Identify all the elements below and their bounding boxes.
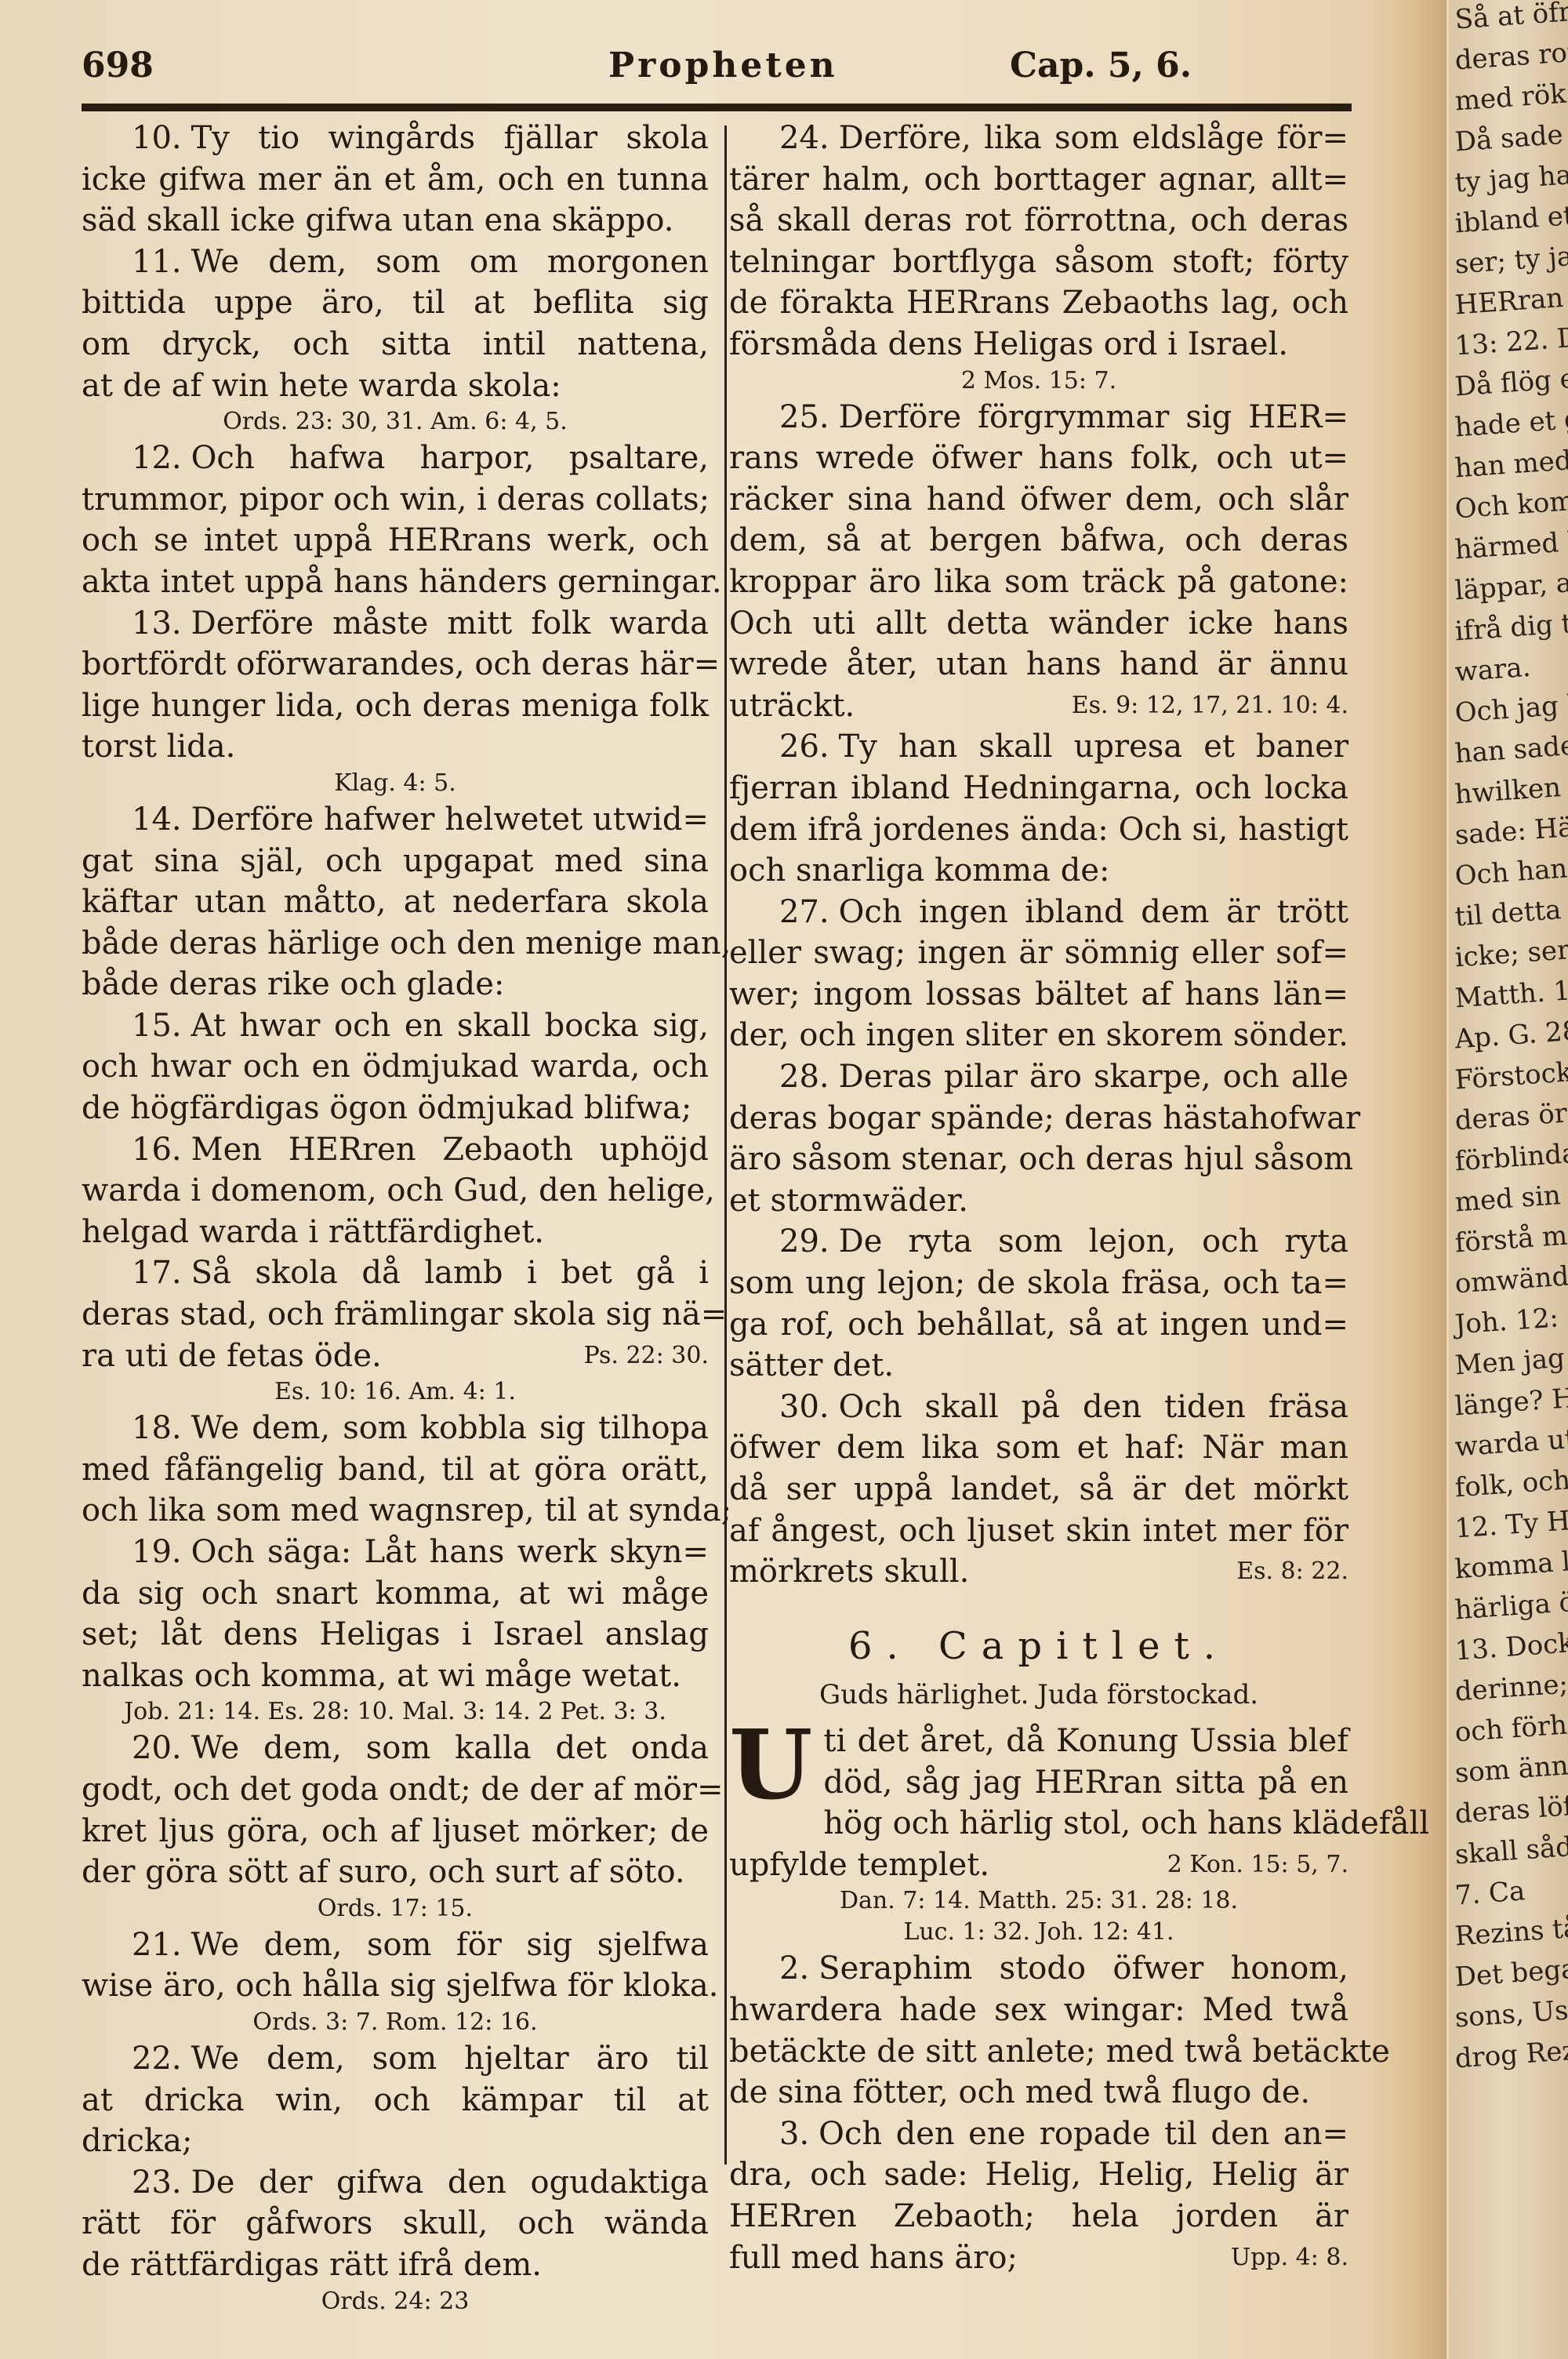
- verse-number: 23.: [132, 2165, 182, 2201]
- verse-line: kroppar äro lika som träck på gatone:: [729, 562, 1348, 603]
- verse-line: 3.Och den ene ropade til den an=: [729, 2114, 1348, 2155]
- verse-text: Ty han skall upresa et baner: [839, 729, 1348, 765]
- cross-reference: Es. 10: 16. Am. 4: 1.: [82, 1376, 709, 1408]
- verse: 12.Och hafwa harpor, psaltare,trummor, p…: [82, 438, 709, 602]
- verse-line: Och uti allt detta wänder icke hans: [729, 603, 1348, 645]
- verse: 10.Ty tio wingårds fjällar skolaicke gif…: [82, 118, 709, 242]
- verse: 16.Men HERren Zebaoth uphöjdwarda i dome…: [82, 1129, 709, 1253]
- verse-line: både deras rike och glade:: [82, 964, 709, 1005]
- verse-number: 10.: [132, 120, 182, 156]
- verse-text: Ty tio wingårds fjällar skola: [191, 120, 709, 156]
- verse: 27.Och ingen ibland dem är trötteller sw…: [729, 892, 1348, 1056]
- verse-text: Derföre måste mitt folk warda: [191, 605, 709, 642]
- verse-line: kret ljus göra, och af ljuset mörker; de: [82, 1811, 709, 1852]
- verse-text: uträckt.: [729, 688, 855, 724]
- verse-text: We dem, som om morgonen: [191, 244, 709, 280]
- verse: ti det året, då Konung Ussia blefdöd, så…: [729, 1721, 1348, 1885]
- verse-line: der, och ingen sliter en skorem sönder.: [729, 1015, 1348, 1056]
- verse-line: eller swag; ingen är sömnig eller sof=: [729, 932, 1348, 974]
- verse-number: 28.: [779, 1059, 829, 1095]
- verse-line: wer; ingom lossas bältet af hans län=: [729, 974, 1348, 1016]
- verse-line: räcker sina hand öfwer dem, och slår: [729, 479, 1348, 521]
- verse-line: godt, och det goda ondt; de der af mör=: [82, 1769, 709, 1811]
- cross-reference: Ords. 3: 7. Rom. 12: 16.: [82, 2007, 709, 2038]
- verse-line: deras bogar spände; deras hästahofwar: [729, 1098, 1348, 1140]
- verse-number: 2.: [779, 1950, 809, 1986]
- chapter-summary: Guds härlighet. Juda förstockad.: [729, 1674, 1348, 1716]
- column-divider: [724, 125, 727, 2165]
- verse-number: 30.: [779, 1389, 829, 1425]
- verse-line: af ångest, och ljuset skin intet mer för: [729, 1510, 1348, 1552]
- chapter-reference: Cap. 5, 6.: [1010, 45, 1192, 85]
- verse-text: Och skall på den tiden fräsa: [839, 1389, 1348, 1425]
- verse-number: 13.: [132, 605, 182, 642]
- verse-number: 11.: [132, 244, 182, 280]
- verse-line: bittida uppe äro, til at beflita sig: [82, 282, 709, 324]
- verse-line: 29.De ryta som lejon, och ryta: [729, 1221, 1348, 1263]
- verse-line: tärer halm, och borttager agnar, allt=: [729, 159, 1348, 201]
- verse-line: 21.We dem, som för sig sjelfwa: [82, 1925, 709, 1966]
- chapter-heading: 6. Capitlet.: [729, 1626, 1348, 1667]
- verse-line: ti det året, då Konung Ussia blef: [729, 1721, 1348, 1762]
- verse-number: 22.: [132, 2041, 182, 2077]
- verse: 11.We dem, som om morgonenbittida uppe ä…: [82, 242, 709, 406]
- verse-line: da sig och snart komma, at wi måge: [82, 1573, 709, 1615]
- verse-line: HERren Zebaoth; hela jorden är: [729, 2196, 1348, 2237]
- verse-line: trummor, pipor och win, i deras collats;: [82, 479, 709, 521]
- verse: 20.We dem, som kalla det ondagodt, och d…: [82, 1728, 709, 1892]
- verse: 19.Och säga: Låt hans werk skyn=da sig o…: [82, 1532, 709, 1696]
- drop-cap: U: [729, 1724, 812, 1805]
- verse-text: We dem, som kobbla sig tilhopa: [191, 1410, 709, 1446]
- cross-reference: Es. 8: 22.: [1236, 1551, 1348, 1593]
- verse-line: då ser uppå landet, så är det mörkt: [729, 1469, 1348, 1510]
- verse-text: At hwar och en skall bocka sig,: [191, 1008, 709, 1044]
- book-gutter: [1368, 0, 1446, 2359]
- verse: 18.We dem, som kobbla sig tilhopamed fåf…: [82, 1408, 709, 1532]
- cross-reference: Ps. 22: 30.: [584, 1336, 709, 1377]
- verse-text: Och den ene ropade til den an=: [818, 2116, 1348, 2152]
- verse: 30.Och skall på den tiden fräsaöfwer dem…: [729, 1387, 1348, 1593]
- verse-line: at de af win hete warda skola:: [82, 365, 709, 407]
- verse-line: fjerran ibland Hedningarna, och locka: [729, 768, 1348, 809]
- verse-line: mörkrets skull.Es. 8: 22.: [729, 1551, 1348, 1593]
- verse-line: full med hans äro;Upp. 4: 8.: [729, 2237, 1348, 2279]
- cross-reference: Ords. 23: 30, 31. Am. 6: 4, 5.: [82, 406, 709, 438]
- verse-number: 3.: [779, 2116, 809, 2152]
- verse-line: nalkas och komma, at wi måge wetat.: [82, 1656, 709, 1697]
- verse-line: käftar utan måtto, at nederfara skola: [82, 881, 709, 923]
- verse: 23.De der gifwa den ogudaktigarätt för g…: [82, 2162, 709, 2286]
- cross-reference: 2 Mos. 15: 7.: [729, 365, 1348, 397]
- verse-text: mörkrets skull.: [729, 1554, 969, 1590]
- verse-line: hwardera hade sex wingar: Med twå: [729, 1990, 1348, 2031]
- verse-line: som ung lejon; de skola fräsa, och ta=: [729, 1263, 1348, 1304]
- verse-line: rans wrede öfwer hans folk, och ut=: [729, 438, 1348, 479]
- verse: 25.Derföre förgrymmar sig HER=rans wrede…: [729, 397, 1348, 727]
- cross-reference: Luc. 1: 32. Joh. 12: 41.: [729, 1917, 1348, 1948]
- verse-line: upfylde templet.2 Kon. 15: 5, 7.: [729, 1845, 1348, 1886]
- adjacent-page-edge: Så at öfrederas rops röst,med rök.Då sad…: [1449, 0, 1568, 2359]
- verse-line: lige hunger lida, och deras meniga folk: [82, 685, 709, 727]
- verse-line: om dryck, och sitta intil nattena,: [82, 324, 709, 365]
- verse-line: telningar bortflyga såsom stoft; förty: [729, 242, 1348, 283]
- verse-number: 29.: [779, 1223, 829, 1259]
- adjacent-page-line: drog Rezin: [1449, 2030, 1568, 2079]
- verse-line: at dricka win, och kämpar til at: [82, 2080, 709, 2121]
- verse-line: ra uti de fetas öde.Ps. 22: 30.: [82, 1336, 709, 1377]
- verse-line: torst lida.: [82, 726, 709, 768]
- verse-line: dricka;: [82, 2121, 709, 2162]
- verse-text: upfylde templet.: [729, 1847, 989, 1883]
- verse-line: 11.We dem, som om morgonen: [82, 242, 709, 283]
- verse-number: 25.: [779, 399, 829, 435]
- verse-line: säd skall icke gifwa utan ena skäppo.: [82, 200, 709, 242]
- verse-line: de högfärdigas ögon ödmjukad blifwa;: [82, 1088, 709, 1129]
- verse-line: öfwer dem lika som et haf: När man: [729, 1427, 1348, 1469]
- verse-number: 16.: [132, 1132, 182, 1168]
- verse-text: De ryta som lejon, och ryta: [839, 1223, 1348, 1259]
- verse-line: med fåfängelig band, til at göra orätt,: [82, 1449, 709, 1491]
- verse-number: 26.: [779, 729, 829, 765]
- verse-text: Och ingen ibland dem är trött: [839, 894, 1348, 930]
- verse-line: betäckte de sitt anlete; med twå betäckt…: [729, 2031, 1348, 2073]
- verse-text: Derföre förgrymmar sig HER=: [839, 399, 1348, 435]
- verse-line: och hwar och en ödmjukad warda, och: [82, 1046, 709, 1088]
- verse-line: 30.Och skall på den tiden fräsa: [729, 1387, 1348, 1428]
- verse-line: de rättfärdigas rätt ifrå dem.: [82, 2245, 709, 2286]
- verse-line: 13.Derföre måste mitt folk warda: [82, 603, 709, 645]
- verse-line: dem ifrå jordenes ända: Och si, hastigt: [729, 809, 1348, 851]
- verse-line: 12.Och hafwa harpor, psaltare,: [82, 438, 709, 479]
- verse-text: Men HERren Zebaoth uphöjd: [191, 1132, 709, 1168]
- verse-line: der göra sött af suro, och surt af söto.: [82, 1852, 709, 1893]
- verse-line: dra, och sade: Helig, Helig, Helig är: [729, 2154, 1348, 2196]
- verse-number: 12.: [132, 440, 182, 476]
- verse-text: ra uti de fetas öde.: [82, 1338, 382, 1374]
- verse: 3.Och den ene ropade til den an=dra, och…: [729, 2114, 1348, 2278]
- verse: 26.Ty han skall upresa et banerfjerran i…: [729, 726, 1348, 891]
- verse-line: de sina fötter, och med twå flugo de.: [729, 2072, 1348, 2114]
- right-column: 24.Derföre, lika som eldslåge för=tärer …: [729, 118, 1348, 2278]
- verse: 24.Derföre, lika som eldslåge för=tärer …: [729, 118, 1348, 365]
- verse-text: Deras pilar äro skarpe, och alle: [839, 1059, 1348, 1095]
- verse: 13.Derföre måste mitt folk wardabortförd…: [82, 603, 709, 768]
- verse-line: bortfördt oförwarandes, och deras här=: [82, 644, 709, 685]
- verse-text: Och säga: Låt hans werk skyn=: [191, 1534, 709, 1570]
- verse-number: 17.: [132, 1255, 182, 1291]
- verse-line: försmåda dens Heligas ord i Israel.: [729, 324, 1348, 365]
- verse-line: set; låt dens Heligas i Israel anslag: [82, 1614, 709, 1656]
- verse: 28.Deras pilar äro skarpe, och allederas…: [729, 1056, 1348, 1221]
- verse-line: ga rof, och behållat, så at ingen und=: [729, 1304, 1348, 1346]
- verse-line: de förakta HERrans Zebaoths lag, och: [729, 282, 1348, 324]
- verse-line: dem, så at bergen båfwa, och deras: [729, 520, 1348, 562]
- verse-line: 10.Ty tio wingårds fjällar skola: [82, 118, 709, 159]
- cross-reference: Dan. 7: 14. Matth. 25: 31. 28: 18.: [729, 1885, 1348, 1917]
- verse-text: Derföre, lika som eldslåge för=: [839, 120, 1348, 156]
- verse: 15.At hwar och en skall bocka sig,och hw…: [82, 1005, 709, 1129]
- verse-line: så skall deras rot förrottna, och deras: [729, 200, 1348, 242]
- verse-line: hög och härlig stol, och hans klädefåll: [729, 1803, 1348, 1845]
- verse-number: 18.: [132, 1410, 182, 1446]
- verse: 29.De ryta som lejon, och rytasom ung le…: [729, 1221, 1348, 1386]
- verse-text: De der gifwa den ogudaktiga: [191, 2165, 709, 2201]
- verse-line: 15.At hwar och en skall bocka sig,: [82, 1005, 709, 1047]
- verse: 17.Så skola då lamb i bet gå ideras stad…: [82, 1252, 709, 1376]
- verse: 14.Derföre hafwer helwetet utwid=gat sin…: [82, 799, 709, 1005]
- cross-reference: Upp. 4: 8.: [1231, 2237, 1348, 2279]
- verse-number: 14.: [132, 801, 182, 838]
- verse-number: 21.: [132, 1927, 182, 1963]
- running-head: 698 Propheten Cap. 5, 6.: [82, 45, 1352, 93]
- verse-line: 26.Ty han skall upresa et baner: [729, 726, 1348, 768]
- verse-line: och se intet uppå HERrans werk, och: [82, 520, 709, 562]
- left-column: 10.Ty tio wingårds fjällar skolaicke gif…: [82, 118, 709, 2317]
- verse-line: wrede åter, utan hans hand är ännu: [729, 644, 1348, 685]
- verse-text: full med hans äro;: [729, 2240, 1018, 2276]
- verse-line: 27.Och ingen ibland dem är trött: [729, 892, 1348, 933]
- page-number: 698: [82, 45, 154, 85]
- verse-line: 2.Seraphim stodo öfwer honom,: [729, 1948, 1348, 1990]
- verse-line: 17.Så skola då lamb i bet gå i: [82, 1252, 709, 1294]
- verse-line: 24.Derföre, lika som eldslåge för=: [729, 118, 1348, 159]
- verse-line: icke gifwa mer än et åm, och en tunna: [82, 159, 709, 201]
- verse-line: helgad warda i rättfärdighet.: [82, 1212, 709, 1253]
- book-title: Propheten: [608, 45, 838, 85]
- verse-line: akta intet uppå hans händers gerningar.: [82, 562, 709, 603]
- verse-line: sätter det.: [729, 1345, 1348, 1387]
- verse-line: äro såsom stenar, och deras hjul såsom: [729, 1139, 1348, 1180]
- verse: 2.Seraphim stodo öfwer honom,hwardera ha…: [729, 1948, 1348, 2113]
- verse-line: warda i domenom, och Gud, den helige,: [82, 1170, 709, 1212]
- cross-reference: 2 Kon. 15: 5, 7.: [1167, 1845, 1348, 1886]
- verse-text: We dem, som hjeltar äro til: [191, 2041, 709, 2077]
- verse-line: et stormwäder.: [729, 1180, 1348, 1222]
- verse-number: 20.: [132, 1730, 182, 1766]
- verse-line: 19.Och säga: Låt hans werk skyn=: [82, 1532, 709, 1573]
- verse: 21.We dem, som för sig sjelfwawise äro, …: [82, 1925, 709, 2007]
- verse-text: Så skola då lamb i bet gå i: [191, 1255, 709, 1291]
- verse-number: 27.: [779, 894, 829, 930]
- verse-number: 19.: [132, 1534, 182, 1570]
- verse-line: gat sina själ, och upgapat med sina: [82, 841, 709, 882]
- header-rule: [82, 104, 1352, 111]
- verse-line: 16.Men HERren Zebaoth uphöjd: [82, 1129, 709, 1171]
- verse: 22.We dem, som hjeltar äro tilat dricka …: [82, 2038, 709, 2162]
- verse-line: wise äro, och hålla sig sjelfwa för klok…: [82, 1965, 709, 2007]
- verse-line: 25.Derföre förgrymmar sig HER=: [729, 397, 1348, 438]
- cross-reference: Es. 9: 12, 17, 21. 10: 4.: [1072, 685, 1348, 727]
- cross-reference: Klag. 4: 5.: [82, 768, 709, 799]
- verse-number: 15.: [132, 1008, 182, 1044]
- verse-text: Och hafwa harpor, psaltare,: [191, 440, 709, 476]
- cross-reference: Ords. 17: 15.: [82, 1893, 709, 1925]
- verse-line: 22.We dem, som hjeltar äro til: [82, 2038, 709, 2080]
- cross-reference: Job. 21: 14. Es. 28: 10. Mal. 3: 14. 2 P…: [82, 1696, 709, 1728]
- verse-line: deras stad, och främlingar skola sig nä=: [82, 1294, 709, 1336]
- verse-line: 20.We dem, som kalla det onda: [82, 1728, 709, 1769]
- verse-text: Seraphim stodo öfwer honom,: [818, 1950, 1348, 1986]
- verse-text: We dem, som för sig sjelfwa: [191, 1927, 709, 1963]
- verse-line: uträckt.Es. 9: 12, 17, 21. 10: 4.: [729, 685, 1348, 727]
- verse-line: död, såg jag HERran sitta på en: [729, 1762, 1348, 1804]
- verse-line: 14.Derföre hafwer helwetet utwid=: [82, 799, 709, 841]
- verse-text: We dem, som kalla det onda: [191, 1730, 709, 1766]
- verse-line: 18.We dem, som kobbla sig tilhopa: [82, 1408, 709, 1449]
- verse-line: och snarliga komma de:: [729, 850, 1348, 892]
- verse-text: Derföre hafwer helwetet utwid=: [191, 801, 709, 838]
- verse-line: 23.De der gifwa den ogudaktiga: [82, 2162, 709, 2204]
- verse-line: både deras härlige och den menige man,: [82, 923, 709, 965]
- verse-number: 24.: [779, 120, 829, 156]
- verse-line: rätt för gåfwors skull, och wända: [82, 2203, 709, 2245]
- verse-line: 28.Deras pilar äro skarpe, och alle: [729, 1056, 1348, 1098]
- verse-line: och lika som med wagnsrep, til at synda;: [82, 1490, 709, 1532]
- cross-reference: Ords. 24: 23: [82, 2286, 709, 2317]
